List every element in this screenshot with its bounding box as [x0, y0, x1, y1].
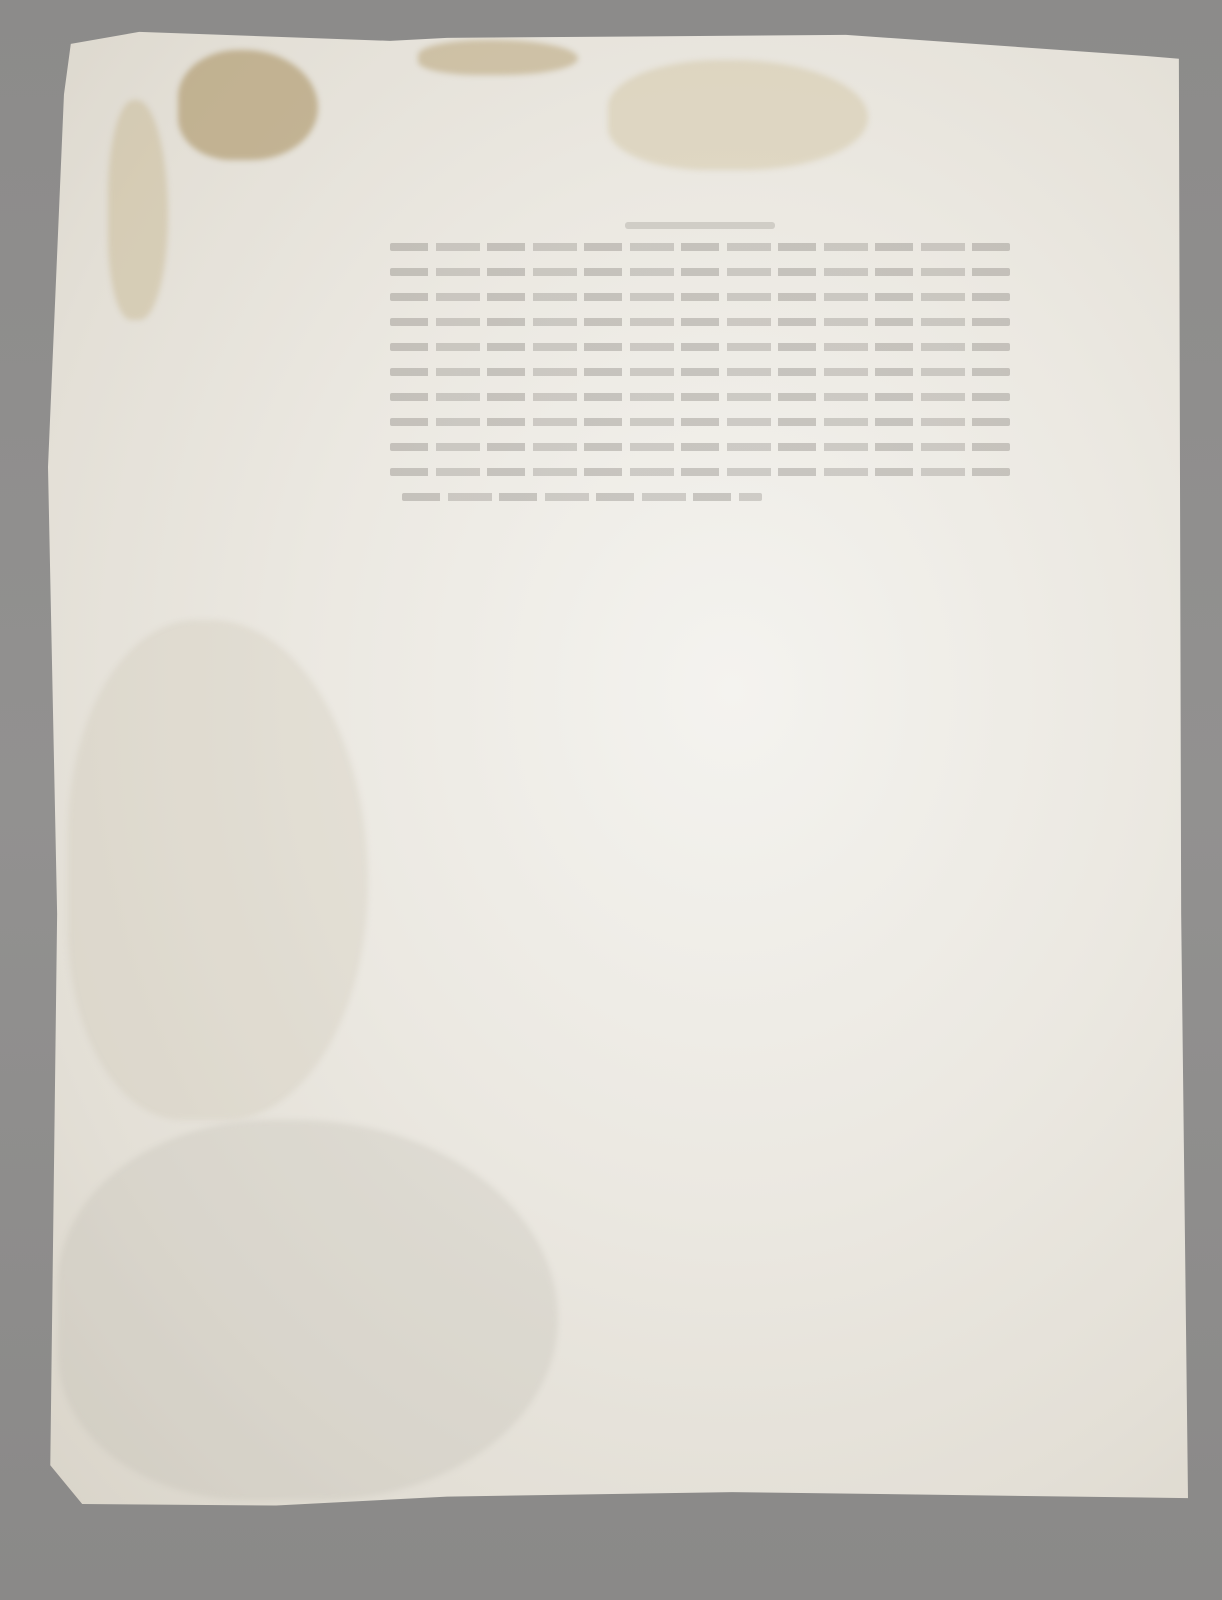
paper-damage-left — [68, 620, 368, 1120]
bleed-through-line — [390, 243, 1010, 251]
bleed-through-line — [390, 318, 1010, 326]
bleed-through-line — [390, 443, 1010, 451]
bleed-through-line — [390, 293, 1010, 301]
bleed-through-heading — [625, 222, 775, 229]
bleed-through-line — [390, 343, 1010, 351]
bleed-through-line — [390, 468, 1010, 476]
water-stain-top-center — [418, 40, 578, 75]
bleed-through-line — [390, 368, 1010, 376]
water-stain-left-edge — [108, 100, 168, 320]
bleed-through-line — [402, 493, 762, 501]
water-stain-top-right — [608, 60, 868, 170]
bleed-through-line — [390, 393, 1010, 401]
bleed-through-line — [390, 418, 1010, 426]
discoloration-bottom-left — [58, 1120, 558, 1500]
bleed-through-text-block — [390, 222, 1010, 518]
bleed-through-line — [390, 268, 1010, 276]
water-stain-top-left — [178, 50, 318, 160]
